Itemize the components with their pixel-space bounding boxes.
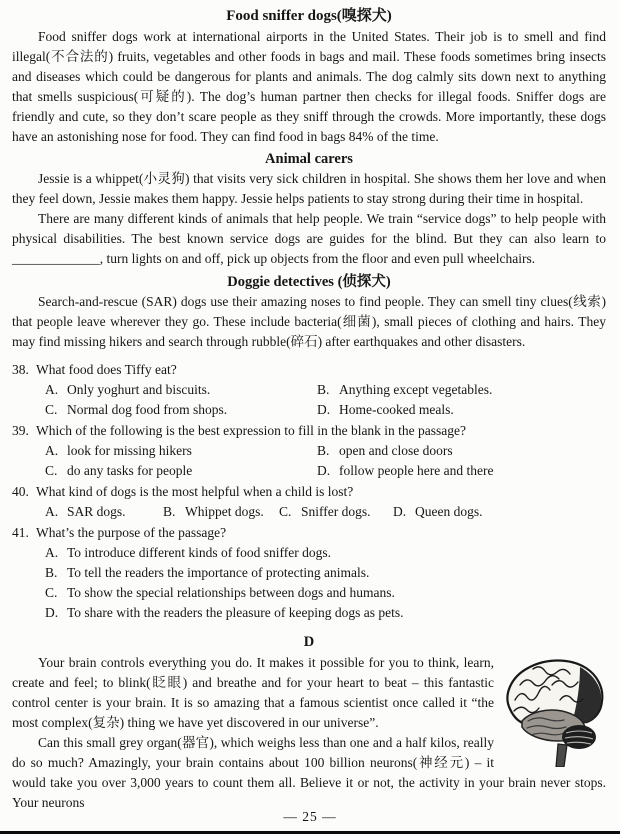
exam-page: Food sniffer dogs(嗅探犬) Food sniffer dogs… bbox=[0, 0, 620, 834]
option-d: D.To share with the readers the pleasure… bbox=[45, 603, 606, 623]
option-a: A.To introduce different kinds of food s… bbox=[45, 543, 606, 563]
section-doggie-detectives: Doggie detectives (侦探犬) Search-and-rescu… bbox=[12, 272, 606, 352]
brain-illustration bbox=[500, 655, 606, 767]
paragraph-sar-dogs: Search-and-rescue (SAR) dogs use their a… bbox=[12, 292, 606, 352]
question-39: 39. Which of the following is the best e… bbox=[12, 421, 606, 481]
question-38: 38. What food does Tiffy eat? A.Only yog… bbox=[12, 360, 606, 420]
question-38-options: A.Only yoghurt and biscuits. B.Anything … bbox=[45, 380, 606, 420]
section-animal-carers: Animal carers Jessie is a whippet(小灵狗) t… bbox=[12, 149, 606, 269]
question-text: What’s the purpose of the passage? bbox=[36, 523, 606, 543]
question-text: What food does Tiffy eat? bbox=[36, 360, 606, 380]
question-text: What kind of dogs is the most helpful wh… bbox=[36, 482, 606, 502]
question-number: 40. bbox=[12, 482, 36, 502]
option-d: D.Home-cooked meals. bbox=[317, 400, 606, 420]
section-heading-doggie-detectives: Doggie detectives (侦探犬) bbox=[12, 272, 606, 292]
question-list: 38. What food does Tiffy eat? A.Only yog… bbox=[12, 360, 606, 623]
option-a: A.look for missing hikers bbox=[45, 441, 317, 461]
question-41: 41. What’s the purpose of the passage? A… bbox=[12, 523, 606, 623]
option-c: C.To show the special relationships betw… bbox=[45, 583, 606, 603]
question-40: 40. What kind of dogs is the most helpfu… bbox=[12, 482, 606, 522]
section-heading-food-sniffer-dogs: Food sniffer dogs(嗅探犬) bbox=[12, 6, 606, 27]
section-heading-animal-carers: Animal carers bbox=[12, 149, 606, 169]
question-39-options: A.look for missing hikers B.open and clo… bbox=[45, 441, 606, 481]
section-passage-d: D bbox=[12, 632, 606, 813]
question-text: Which of the following is the best expre… bbox=[36, 421, 606, 441]
question-40-options: A.SAR dogs. B.Whippet dogs. C.Sniffer do… bbox=[45, 502, 606, 522]
option-b: B.Whippet dogs. bbox=[163, 502, 279, 522]
option-a: A.Only yoghurt and biscuits. bbox=[45, 380, 317, 400]
option-b: B.To tell the readers the importance of … bbox=[45, 563, 606, 583]
paragraph-service-dogs: There are many different kinds of animal… bbox=[12, 209, 606, 269]
page-number: — 25 — bbox=[0, 807, 620, 827]
option-c: C.do any tasks for people bbox=[45, 461, 317, 481]
option-b: B.open and close doors bbox=[317, 441, 606, 461]
option-a: A.SAR dogs. bbox=[45, 502, 163, 522]
option-d: D.follow people here and there bbox=[317, 461, 606, 481]
option-c: C.Normal dog food from shops. bbox=[45, 400, 317, 420]
option-c: C.Sniffer dogs. bbox=[279, 502, 393, 522]
option-d: D.Queen dogs. bbox=[393, 502, 606, 522]
question-number: 41. bbox=[12, 523, 36, 543]
question-number: 39. bbox=[12, 421, 36, 441]
question-number: 38. bbox=[12, 360, 36, 380]
section-food-sniffer-dogs: Food sniffer dogs(嗅探犬) Food sniffer dogs… bbox=[12, 6, 606, 147]
paragraph-jessie: Jessie is a whippet(小灵狗) that visits ver… bbox=[12, 169, 606, 209]
question-41-options: A.To introduce different kinds of food s… bbox=[45, 543, 606, 623]
section-heading-d: D bbox=[12, 632, 606, 652]
passage-d-body: Your brain controls everything you do. I… bbox=[12, 653, 606, 813]
option-b: B.Anything except vegetables. bbox=[317, 380, 606, 400]
paragraph-food-sniffer: Food sniffer dogs work at international … bbox=[12, 27, 606, 147]
